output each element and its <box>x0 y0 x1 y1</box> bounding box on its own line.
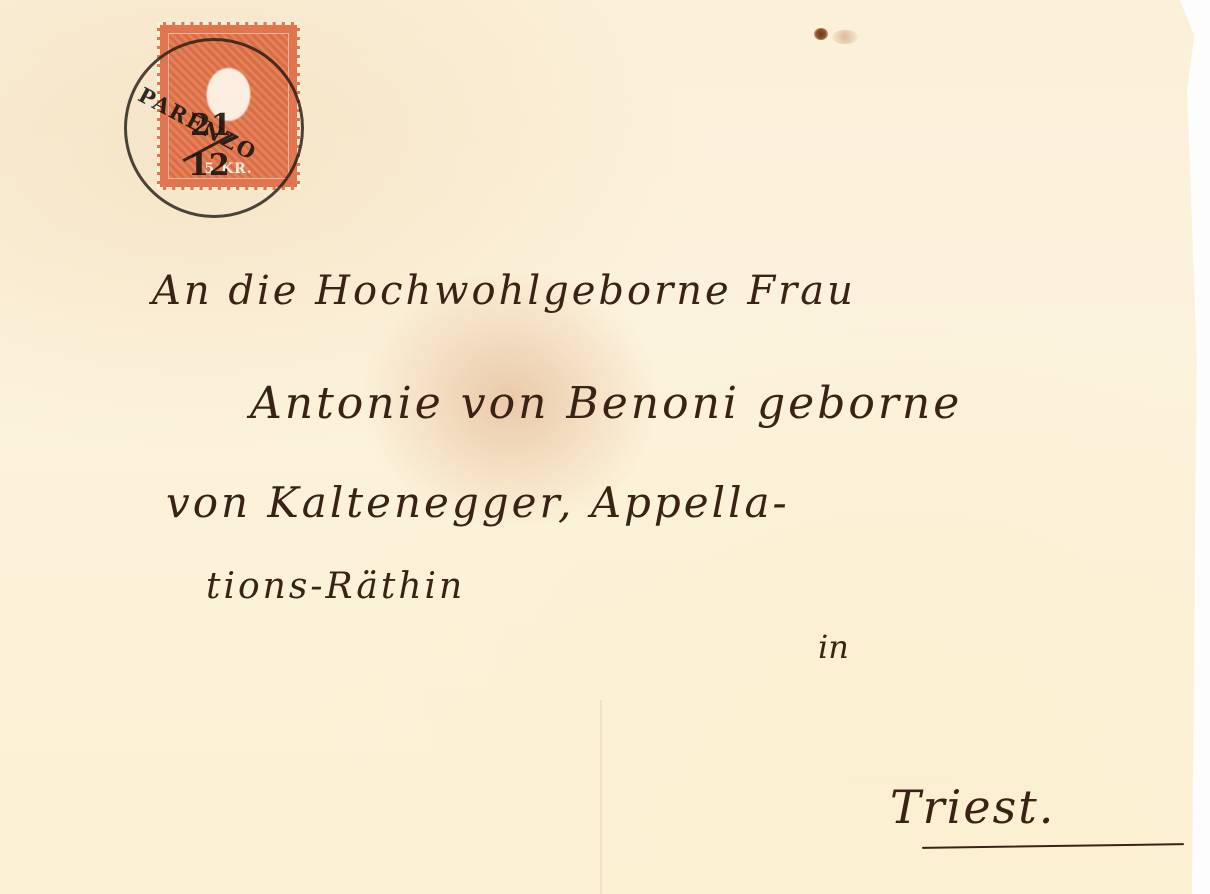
ink-blot <box>814 28 828 40</box>
address-line-maiden-name: von Kaltenegger, Appella- <box>166 478 790 527</box>
address-line-salutation: An die Hochwohlgeborne Frau <box>152 268 856 314</box>
address-line-title: tions-Räthin <box>206 566 465 607</box>
address-line-name: Antonie von Benoni geborne <box>250 378 962 429</box>
address-line-in: in <box>818 628 849 666</box>
paper-crease <box>600 700 602 894</box>
address-line-city: Triest. <box>890 780 1055 834</box>
postmark-month: 12 <box>188 148 230 183</box>
ink-blot-smear <box>832 30 858 44</box>
